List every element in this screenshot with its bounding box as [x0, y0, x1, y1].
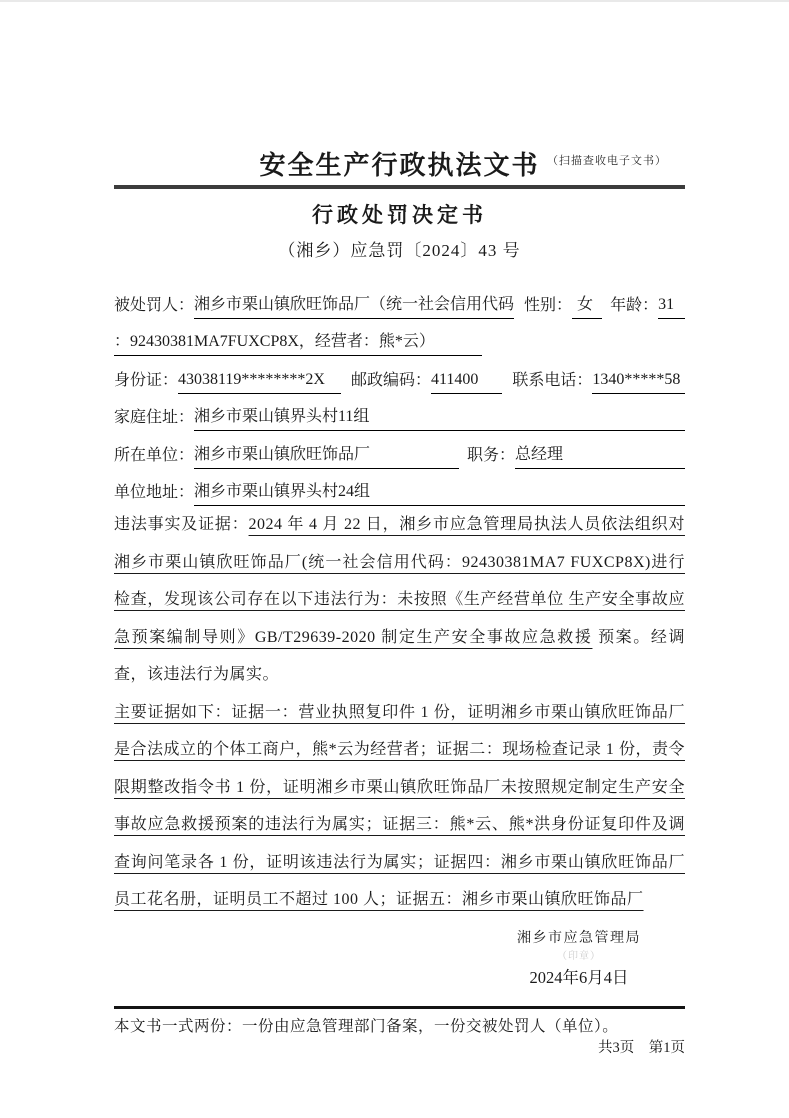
field-row-employer: 所在单位： 湘乡市栗山镇欣旺饰品厂 职务： 总经理	[114, 431, 685, 469]
id-card-label: 身份证：	[114, 367, 178, 394]
evidence-paragraph: 主要证据如下：证据一：营业执照复印件 1 份，证明湘乡市栗山镇欣旺饰品厂是合法成…	[114, 694, 685, 919]
issuing-agency: 湘乡市应急管理局	[517, 930, 641, 948]
employer-address-value: 湘乡市栗山镇界头村24组	[194, 478, 685, 506]
footer-divider	[114, 1006, 685, 1009]
signature-block: 湘乡市应急管理局 （印章） 2024年6月4日	[517, 930, 641, 989]
field-row-punished-party-continuation: ：92430381MA7FUXCP8X，经营者：熊*云）	[114, 319, 685, 357]
document-title: 行政处罚决定书	[114, 202, 685, 229]
document-page: （扫描查收电子文书） 安全生产行政执法文书 行政处罚决定书 （湘乡）应急罚〔20…	[0, 2, 789, 1118]
position-value: 总经理	[515, 441, 685, 469]
phone-label: 联系电话：	[512, 367, 592, 394]
field-row-id-contact: 身份证： 43038119********2X 邮政编码： 411400 联系电…	[114, 356, 685, 394]
page-number: 共3页 第1页	[114, 1038, 685, 1058]
field-row-punished-party: 被处罚人： 湘乡市栗山镇欣旺饰品厂（统一社会信用代码 性别： 女 年龄： 31	[114, 281, 685, 319]
gender-label: 性别：	[524, 292, 572, 319]
position-label: 职务：	[467, 442, 515, 469]
postal-code-value: 411400	[431, 371, 502, 394]
field-row-home-address: 家庭住址： 湘乡市栗山镇界头村11组	[114, 394, 685, 432]
facts-paragraph: 违法事实及证据：2024 年 4 月 22 日，湘乡市应急管理局执法人员依法组织…	[114, 506, 685, 694]
employer-address-label: 单位地址：	[114, 479, 194, 506]
age-label: 年龄：	[610, 292, 658, 319]
field-row-employer-address: 单位地址： 湘乡市栗山镇界头村24组	[114, 469, 685, 507]
id-card-value: 43038119********2X	[178, 371, 341, 394]
gender-value: 女	[572, 291, 602, 319]
employer-label: 所在单位：	[114, 442, 194, 469]
phone-value: 1340*****58	[592, 371, 685, 394]
document-number: （湘乡）应急罚〔2024〕43 号	[114, 239, 685, 262]
age-value: 31	[658, 296, 685, 319]
punished-party-value: 湘乡市栗山镇欣旺饰品厂（统一社会信用代码	[194, 291, 514, 319]
punished-party-continuation-value: ：92430381MA7FUXCP8X，经营者：熊*云）	[114, 328, 482, 356]
facts-label: 违法事实及证据：	[114, 516, 249, 533]
title-divider	[114, 185, 685, 189]
home-address-label: 家庭住址：	[114, 404, 194, 431]
facts-underlined-text: 2024 年 4 月 22 日，湘乡市应急管理局执法人员依法组织对湘乡市栗山镇欣…	[114, 516, 685, 646]
party-info-section: 被处罚人： 湘乡市栗山镇欣旺饰品厂（统一社会信用代码 性别： 女 年龄： 31 …	[114, 281, 685, 506]
scan-receive-note: （扫描查收电子文书）	[547, 152, 667, 168]
postal-code-label: 邮政编码：	[351, 367, 431, 394]
evidence-underlined-text: 主要证据如下：证据一：营业执照复印件 1 份，证明湘乡市栗山镇欣旺饰品厂是合法成…	[114, 704, 685, 909]
home-address-value: 湘乡市栗山镇界头村11组	[194, 403, 685, 431]
punished-party-label: 被处罚人：	[114, 292, 194, 319]
issue-date: 2024年6月4日	[517, 967, 641, 989]
employer-value: 湘乡市栗山镇欣旺饰品厂	[194, 441, 459, 469]
copies-note: 本文书一式两份：一份由应急管理部门备案，一份交被处罚人（单位）。	[114, 1016, 685, 1037]
seal-placeholder-note: （印章）	[517, 950, 641, 963]
